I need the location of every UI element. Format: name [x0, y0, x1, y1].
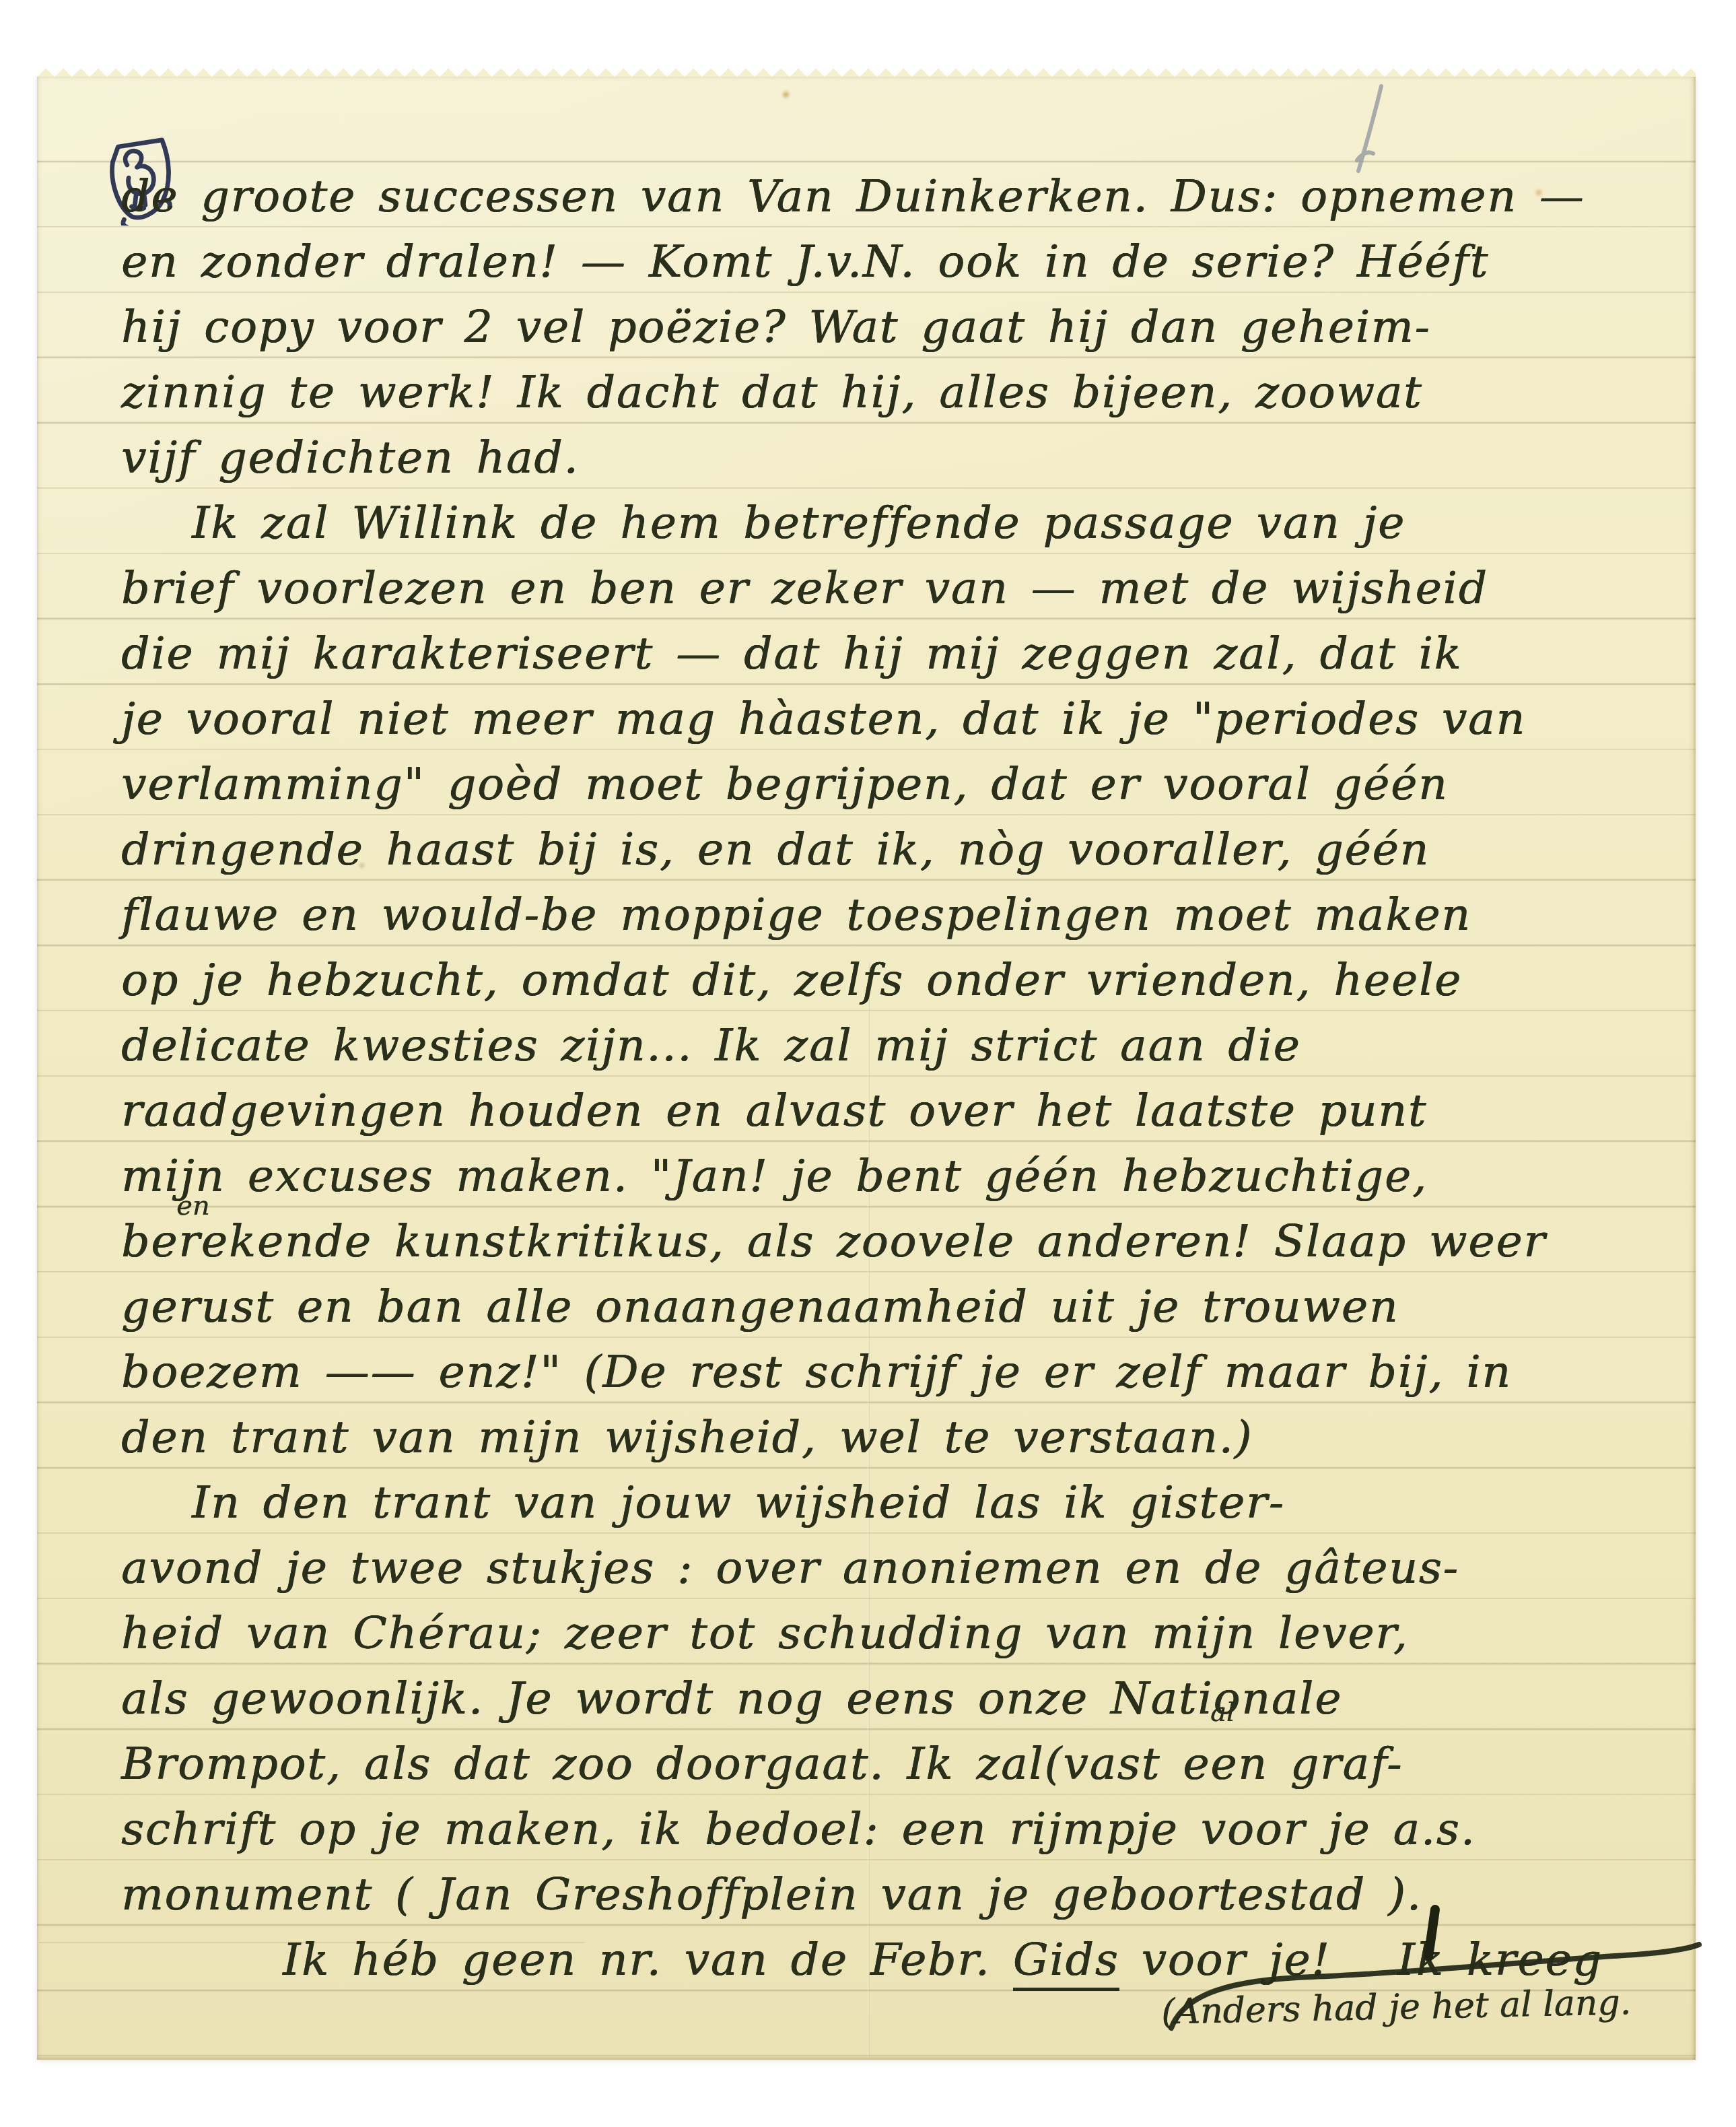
letter-line: heid van Chérau; zeer tot schudding van …: [121, 1600, 1703, 1666]
letter-text-segment: monument ( Jan Greshoffplein van je gebo…: [121, 1868, 1422, 1920]
letter-line: en zonder dralen! — Komt J.v.N. ook in d…: [121, 229, 1703, 294]
letter-text-segment: voor je!: [1119, 1934, 1331, 1986]
letter-text-segment: je vooral niet meer mag hàasten, dat ik …: [121, 693, 1526, 745]
letter-line: verlamming" goèd moet begrijpen, dat er …: [121, 751, 1703, 817]
letter-text-segment: avond je twee stukjes : over anoniemen e…: [121, 1542, 1459, 1594]
letter-line: dringende haast bij is, en dat ik, nòg v…: [121, 817, 1703, 882]
inserted-word-en: en: [176, 1190, 209, 1221]
letter-text-segment: mijn excuses maken. "Jan! je bent géén h…: [121, 1150, 1428, 1202]
letter-text-segment: Ik zal Willink de hem betreffende passag…: [192, 497, 1405, 549]
letter-text-segment: zinnig te werk! Ik dacht dat hij, alles …: [121, 366, 1423, 418]
letter-text-segment: Ik kreeg: [1331, 1934, 1603, 1986]
letter-text-segment: raadgevingen houden en alvast over het l…: [121, 1085, 1427, 1137]
letter-text-segment: brief voorlezen en ben er zeker van — me…: [121, 562, 1488, 614]
letter-line: delicate kwesties zijn... Ik zal mij str…: [121, 1013, 1703, 1078]
letter-line: de groote successen van Van Duinkerken. …: [121, 164, 1703, 229]
letter-text-segment: verlamming" goèd moet begrijpen, dat er …: [121, 758, 1449, 810]
letter-line: als gewoonlijk. Je wordt nog eens onze N…: [121, 1666, 1703, 1731]
letter-line: avond je twee stukjes : over anoniemen e…: [121, 1535, 1703, 1600]
paper-stain: [783, 92, 789, 98]
letter-line: flauwe en would-be moppige toespelingen …: [121, 882, 1703, 947]
letter-text-segment: hij copy voor 2 vel poëzie? Wat gaat hij…: [121, 301, 1431, 353]
letter-line: vijf gedichten had.: [121, 425, 1703, 490]
letter-line: raadgevingen houden en alvast over het l…: [121, 1078, 1703, 1143]
letter-text-segment: als gewoonlijk. Je wordt nog eens onze N…: [121, 1673, 1342, 1724]
letter-text-segment: dringende haast bij is, en dat ik, nòg v…: [121, 823, 1430, 875]
letter-text-segment: flauwe en would-be moppige toespelingen …: [121, 889, 1471, 941]
letter-line: op je hebzucht, omdat dit, zelfs onder v…: [121, 947, 1703, 1013]
letter-line: schrift op je maken, ik bedoel: een rijm…: [121, 1796, 1703, 1862]
letter-text-segment: den trant van mijn wijsheid, wel te vers…: [121, 1411, 1253, 1463]
letter-body: de groote successen van Van Duinkerken. …: [121, 164, 1703, 1992]
letter-line: Ik héb geen nr. van de Febr. Gids voor j…: [121, 1927, 1703, 1992]
letter-line: zinnig te werk! Ik dacht dat hij, alles …: [121, 360, 1703, 425]
letter-line: die mij karakteriseert — dat hij mij zeg…: [121, 621, 1703, 686]
letter-text-segment: en zonder dralen! — Komt J.v.N. ook in d…: [121, 236, 1489, 288]
letter-line: berekende kunstkritikus, als zoovele and…: [121, 1209, 1703, 1274]
letter-text-segment: Brompot, als dat zoo doorgaat. Ik zal(va…: [121, 1738, 1403, 1790]
letter-text-segment: berekende kunstkritikus, als zoovele and…: [121, 1215, 1546, 1267]
letter-text-segment: schrift op je maken, ik bedoel: een rijm…: [121, 1803, 1476, 1855]
letter-text-segment: vijf gedichten had.: [121, 432, 580, 483]
letter-line: boezem —— enz!" (De rest schrijf je er z…: [121, 1339, 1703, 1405]
letter-line: In den trant van jouw wijsheid las ik gi…: [121, 1470, 1703, 1535]
letter-text-segment: delicate kwesties zijn... Ik zal mij str…: [121, 1019, 1301, 1071]
letter-text-segment: op je hebzucht, omdat dit, zelfs onder v…: [121, 954, 1462, 1006]
letter-line: Brompot, als dat zoo doorgaat. Ik zal(va…: [121, 1731, 1703, 1796]
scanned-letter-page: { "colors": { "background": "#ffffff", "…: [0, 0, 1736, 2127]
letter-line: hij copy voor 2 vel poëzie? Wat gaat hij…: [121, 294, 1703, 360]
letter-line: mijn excuses maken. "Jan! je bent géén h…: [121, 1143, 1703, 1209]
letter-text-segment: In den trant van jouw wijsheid las ik gi…: [192, 1477, 1285, 1528]
underlined-word: Gids: [1013, 1934, 1119, 1991]
letter-text-segment: die mij karakteriseert — dat hij mij zeg…: [121, 628, 1463, 679]
letter-line: je vooral niet meer mag hàasten, dat ik …: [121, 686, 1703, 751]
paper-torn-edge: [37, 68, 1696, 77]
letter-line: den trant van mijn wijsheid, wel te vers…: [121, 1405, 1703, 1470]
letter-text-segment: boezem —— enz!" (De rest schrijf je er z…: [121, 1346, 1512, 1398]
letter-line: gerust en ban alle onaangenaamheid uit j…: [121, 1274, 1703, 1339]
letter-text-segment: de groote successen van Van Duinkerken. …: [121, 170, 1585, 222]
letter-text-segment: gerust en ban alle onaangenaamheid uit j…: [121, 1281, 1399, 1332]
letter-line: brief voorlezen en ben er zeker van — me…: [121, 555, 1703, 621]
letter-text-segment: heid van Chérau; zeer tot schudding van …: [121, 1607, 1409, 1659]
letter-line: monument ( Jan Greshoffplein van je gebo…: [121, 1862, 1703, 1927]
inserted-word-al: al: [1210, 1697, 1235, 1728]
letter-line: Ik zal Willink de hem betreffende passag…: [121, 490, 1703, 555]
letter-text-segment: Ik héb geen nr. van de Febr.: [283, 1934, 1013, 1986]
